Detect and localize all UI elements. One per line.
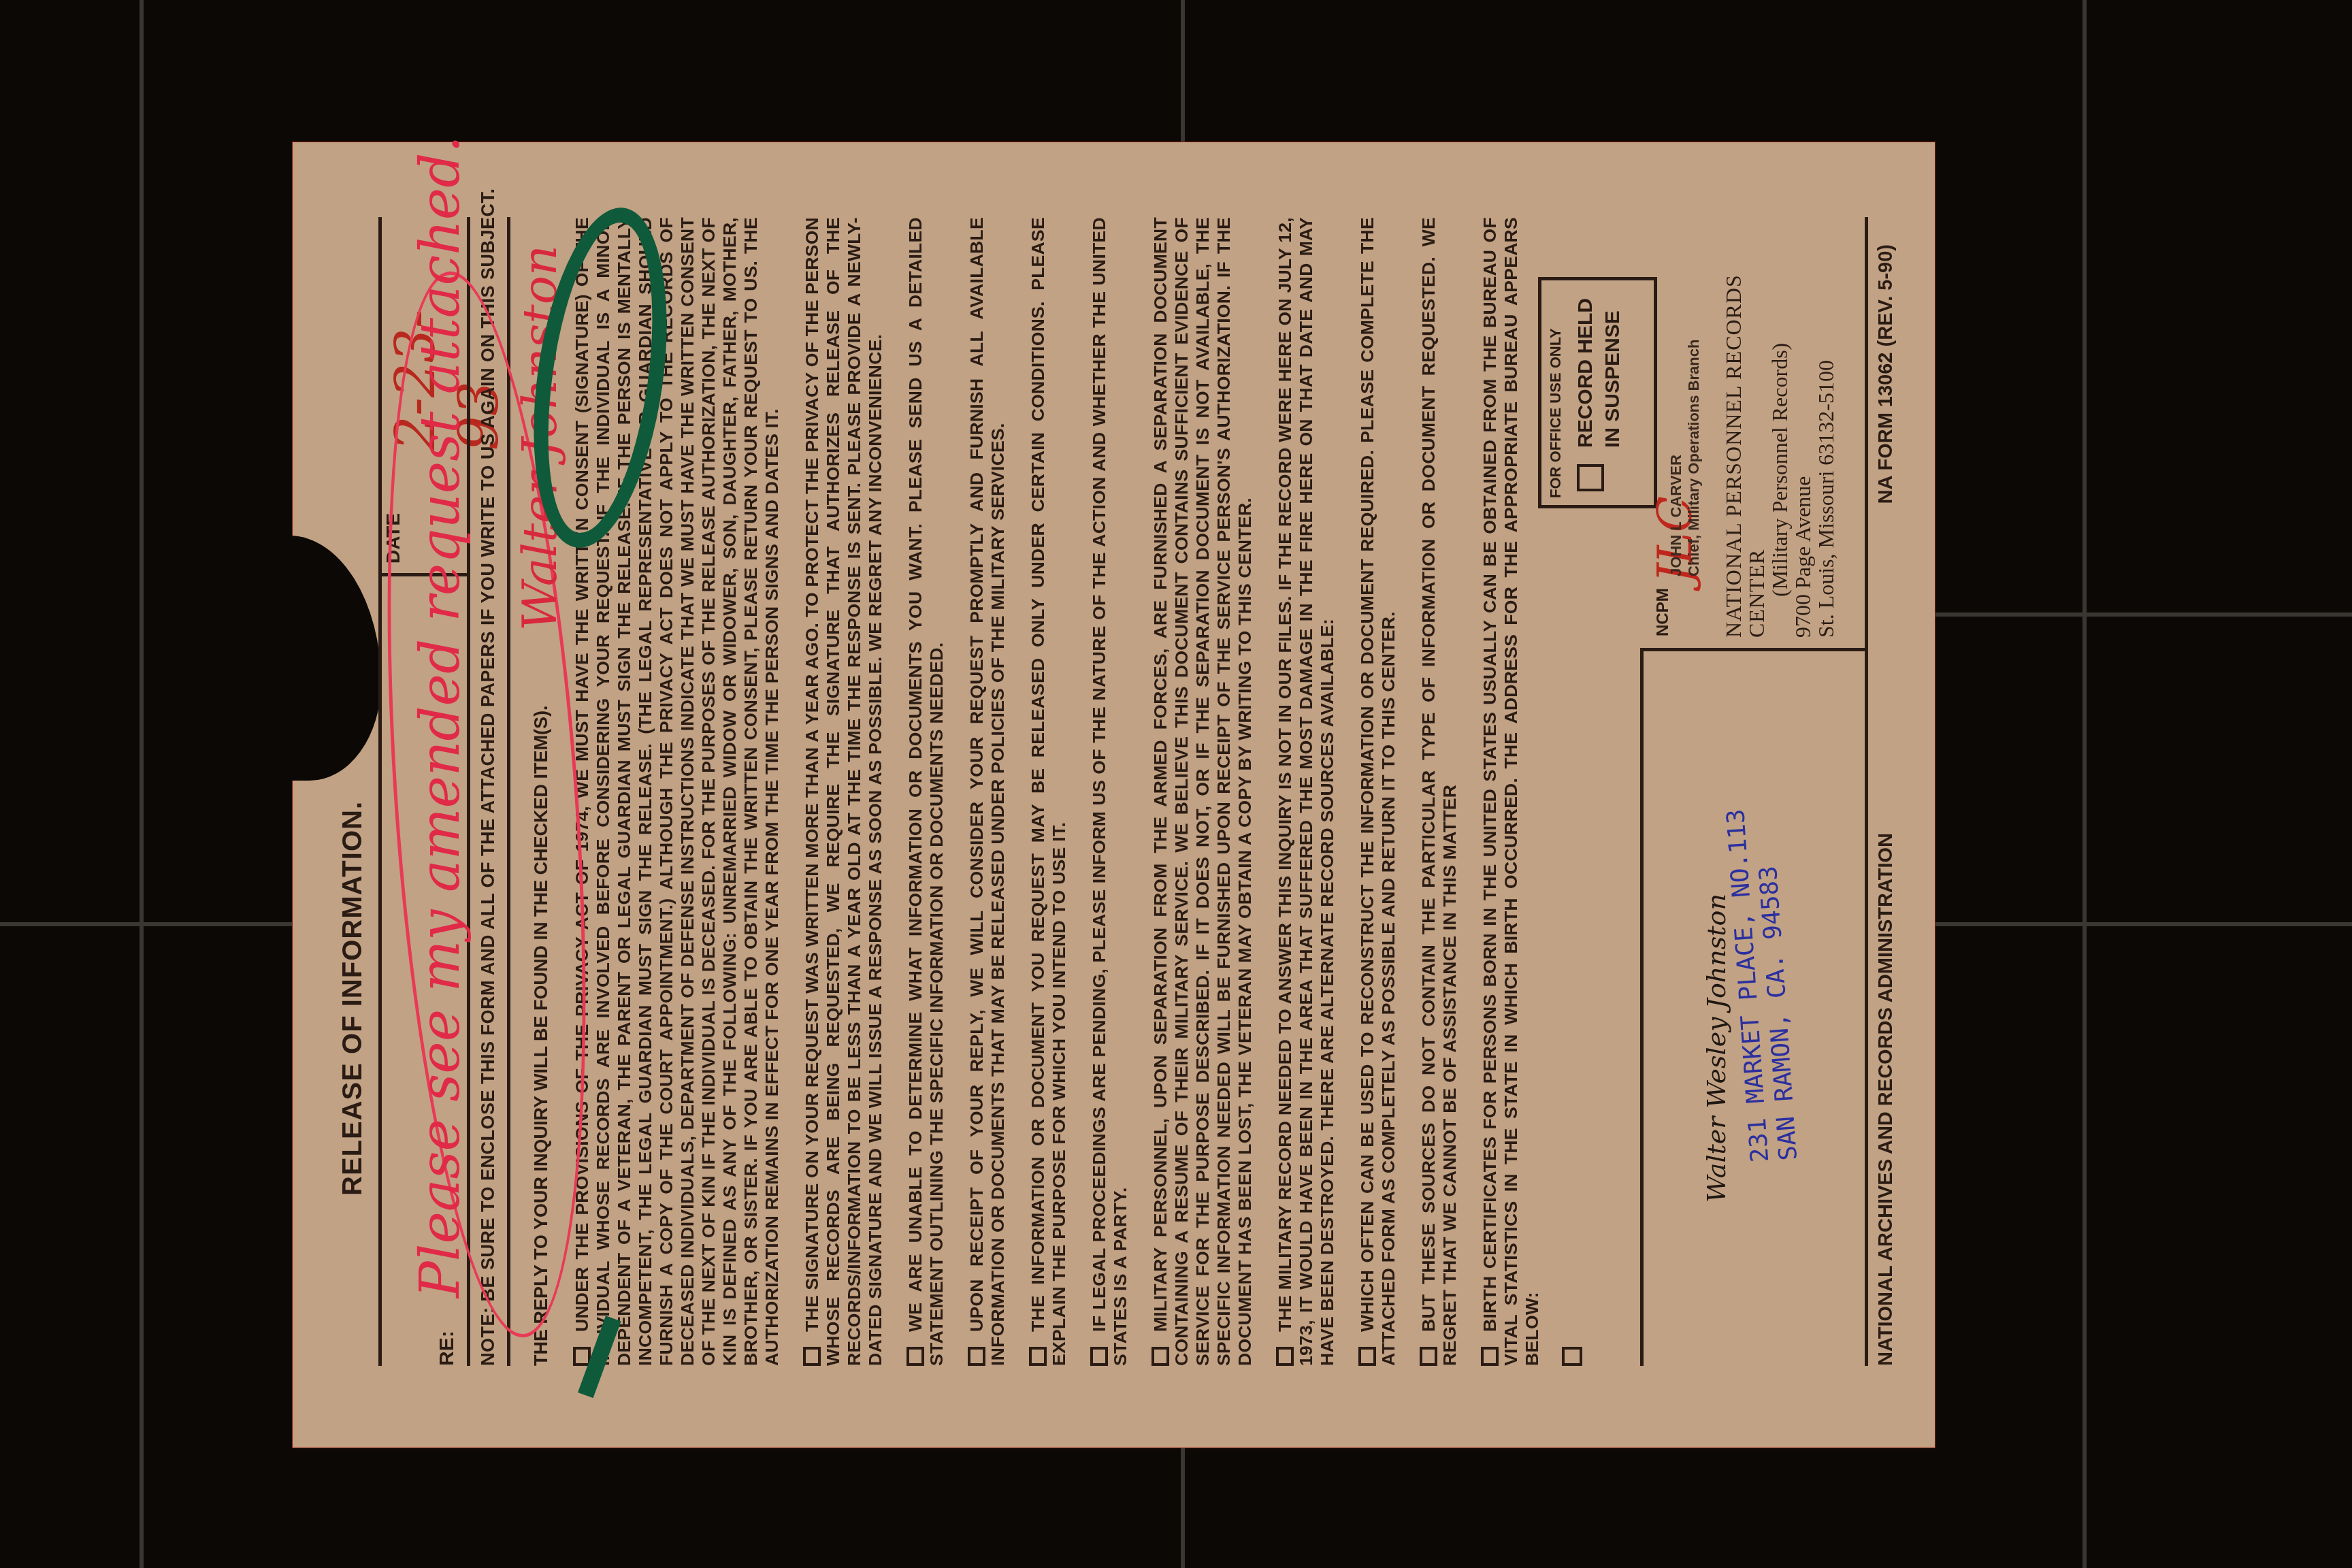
record-held-checkbox[interactable] (1577, 464, 1604, 491)
office-use-box: FOR OFFICE USE ONLY RECORD HELD IN SUSPE… (1538, 277, 1657, 508)
item-text: THE SIGNATURE ON YOUR REQUEST WAS WRITTE… (802, 217, 886, 1366)
center-subtitle: (Military Personnel Records) (1768, 217, 1791, 638)
grid-line (0, 922, 299, 926)
grid-line (1933, 922, 2352, 926)
center-street: 9700 Page Avenue (1791, 217, 1814, 638)
center-city: St. Louis, Missouri 63132-5100 (1814, 217, 1837, 638)
form-body: RELEASE OF INFORMATION. DATE 2-23-93 RE:… (333, 217, 1908, 1366)
item-text: IF LEGAL PROCEEDINGS ARE PENDING, PLEASE… (1089, 217, 1131, 1366)
item-text: WE ARE UNABLE TO DETERMINE WHAT INFORMAT… (905, 217, 947, 1366)
checklist-item: THE MILITARY RECORD NEEDED TO ANSWER THI… (1275, 217, 1338, 1366)
checklist-item: THE INFORMATION OR DOCUMENT YOU REQUEST … (1028, 217, 1070, 1366)
checkbox[interactable] (906, 1347, 924, 1366)
records-center-address: NATIONAL PERSONNEL RECORDS CENTER (Milit… (1722, 217, 1837, 638)
ncpm-label: NCPM (1654, 588, 1673, 636)
grid-line (1933, 612, 2352, 617)
checkbox[interactable] (1090, 1347, 1108, 1366)
checkbox[interactable] (1481, 1347, 1499, 1366)
grid-line (1181, 1446, 1185, 1568)
form-title: RELEASE OF INFORMATION. (338, 801, 368, 1196)
checklist-item: MILITARY PERSONNEL, UPON SEPARATION FROM… (1150, 217, 1256, 1366)
office-use-title: FOR OFFICE USE ONLY (1547, 328, 1565, 498)
checkbox[interactable] (1276, 1347, 1294, 1366)
rule (1640, 651, 1644, 1366)
addressee-name: Walter Wesley Johnston (1701, 894, 1731, 1203)
grid-line (140, 0, 144, 1568)
grid-line (1181, 0, 1185, 143)
center-name: NATIONAL PERSONNEL RECORDS CENTER (1722, 217, 1768, 638)
form-number: NA FORM 13062 (REV. 5-90) (1875, 244, 1897, 504)
signer-block: JOHN L CARVER Chief, Military Operations… (1667, 340, 1703, 576)
checklist-item: WE ARE UNABLE TO DETERMINE WHAT INFORMAT… (905, 217, 947, 1366)
checkbox[interactable] (1562, 1347, 1582, 1366)
checklist-item: BUT THESE SOURCES DO NOT CONTAIN THE PAR… (1418, 217, 1460, 1366)
checklist-item: BIRTH CERTIFICATES FOR PERSONS BORN IN T… (1480, 217, 1543, 1366)
signer-title: Chief, Military Operations Branch (1685, 340, 1703, 576)
item-text: WHICH OFTEN CAN BE USED TO RECONSTRUCT T… (1357, 217, 1399, 1366)
checkbox[interactable] (803, 1347, 821, 1366)
item-text: UPON RECEIPT OF YOUR REPLY, WE WILL CONS… (966, 217, 1009, 1366)
rule (1640, 648, 1868, 651)
checklist: UNDER THE PROVISIONS OF THE PRIVACY ACT … (572, 217, 1582, 1366)
checkbox[interactable] (1029, 1347, 1047, 1366)
handwritten-note: Please see my amended request attached. (408, 135, 472, 1298)
signer-name: JOHN L CARVER (1667, 340, 1685, 576)
office-use-line1: RECORD HELD (1574, 298, 1597, 448)
checkbox[interactable] (968, 1347, 985, 1366)
item-text: THE INFORMATION OR DOCUMENT YOU REQUEST … (1028, 217, 1070, 1366)
footer-block: FOR OFFICE USE ONLY RECORD HELD IN SUSPE… (1640, 217, 1960, 1366)
checklist-item: THE SIGNATURE ON YOUR REQUEST WAS WRITTE… (802, 217, 886, 1366)
checkbox[interactable] (1420, 1347, 1437, 1366)
grid-line (2082, 0, 2087, 1568)
checklist-item: UPON RECEIPT OF YOUR REPLY, WE WILL CONS… (966, 217, 1009, 1366)
re-label: RE: (436, 1330, 459, 1366)
checkbox[interactable] (1358, 1347, 1376, 1366)
checklist-item: IF LEGAL PROCEEDINGS ARE PENDING, PLEASE… (1089, 217, 1131, 1366)
checkbox[interactable] (1151, 1347, 1169, 1366)
item-text: BUT THESE SOURCES DO NOT CONTAIN THE PAR… (1418, 217, 1460, 1366)
document-slot: RELEASE OF INFORMATION. DATE 2-23-93 RE:… (293, 142, 1935, 1448)
release-of-information-form: RELEASE OF INFORMATION. DATE 2-23-93 RE:… (293, 142, 1935, 1448)
rule (1865, 217, 1868, 648)
agency-name: NATIONAL ARCHIVES AND RECORDS ADMINISTRA… (1875, 833, 1897, 1366)
item-text: THE MILITARY RECORD NEEDED TO ANSWER THI… (1275, 217, 1338, 1366)
rule (1865, 651, 1868, 1366)
item-text: BIRTH CERTIFICATES FOR PERSONS BORN IN T… (1480, 217, 1543, 1366)
checklist-item: WHICH OFTEN CAN BE USED TO RECONSTRUCT T… (1357, 217, 1399, 1366)
addressee-address: 231 MARKET PLACE, NO.113 SAN RAMON, CA. … (1722, 806, 1803, 1164)
item-text: MILITARY PERSONNEL, UPON SEPARATION FROM… (1150, 217, 1256, 1366)
office-use-line2: IN SUSPENSE (1601, 310, 1624, 448)
